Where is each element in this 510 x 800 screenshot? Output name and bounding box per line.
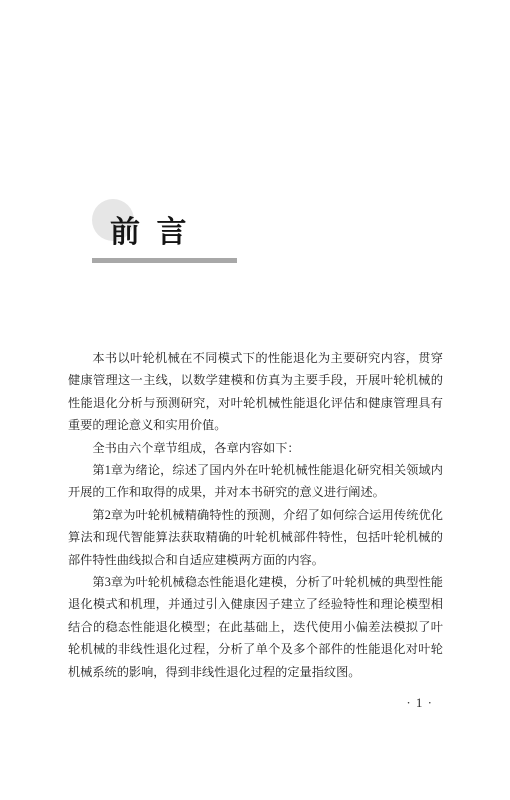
- paragraph-chapter-3: 第3章为叶轮机械稳态性能退化建模，分析了叶轮机械的典型性能退化模式和机理，并通过…: [68, 571, 443, 683]
- paragraph-chapter-1: 第1章为绪论，综述了国内外在叶轮机械性能退化研究相关领域内开展的工作和取得的成果…: [68, 459, 443, 504]
- page-footer: · 1 ·: [0, 695, 433, 711]
- paragraph-chapter-2: 第2章为叶轮机械精确特性的预测，介绍了如何综合运用传统优化算法和现代智能算法获取…: [68, 504, 443, 571]
- title-underline-rule: [92, 258, 237, 263]
- page-number: · 1 ·: [406, 695, 433, 710]
- paragraph-intro: 本书以叶轮机械在不同模式下的性能退化为主要研究内容，贯穿健康管理这一主线，以数学…: [68, 347, 443, 437]
- preface-body: 本书以叶轮机械在不同模式下的性能退化为主要研究内容，贯穿健康管理这一主线，以数学…: [68, 347, 443, 683]
- paragraph-overview: 全书由六个章节组成，各章内容如下：: [68, 437, 443, 459]
- page-title: 前 言: [110, 216, 189, 249]
- book-page: 前 言 本书以叶轮机械在不同模式下的性能退化为主要研究内容，贯穿健康管理这一主线…: [0, 0, 510, 800]
